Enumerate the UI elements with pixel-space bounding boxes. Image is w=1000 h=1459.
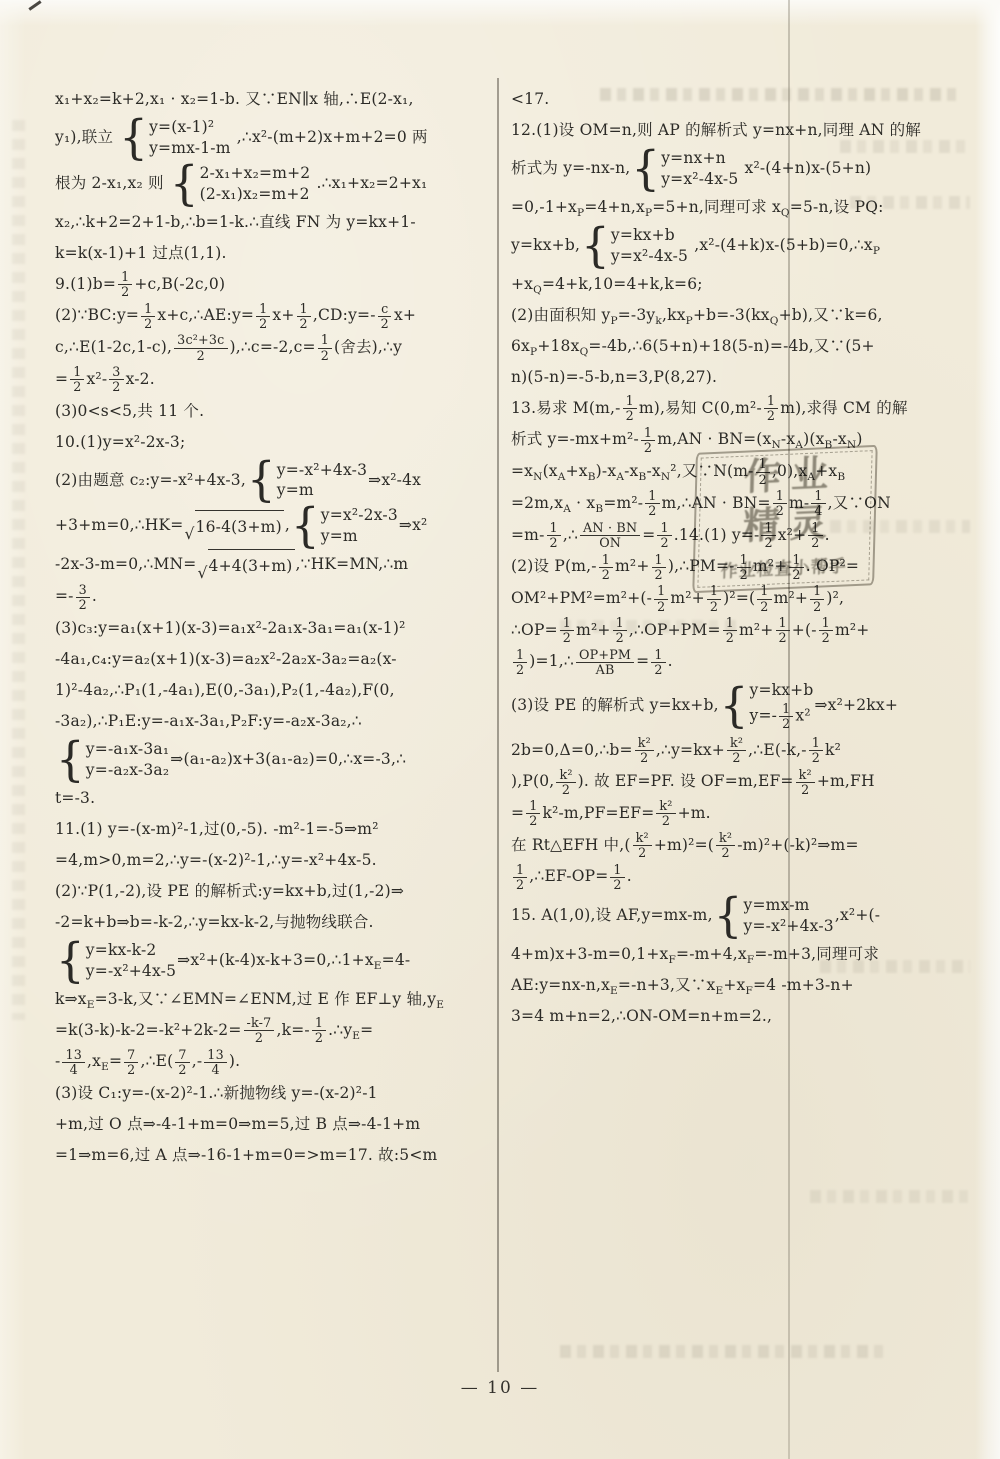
subscript: E (87, 999, 95, 1011)
subscript: N (661, 471, 670, 483)
cases-brace: { (119, 118, 148, 158)
fraction: 12 (547, 521, 561, 550)
equation-system: {y=kx+by=x²-4x-5 (581, 225, 688, 267)
fraction: 12 (789, 553, 803, 582)
subscript: A (795, 440, 803, 452)
subscript: P (530, 346, 537, 358)
subscript: B (595, 503, 603, 515)
math-line: 11.(1) y=-(x-m)²-1,过(0,-5). -m²-1=-5⇒m² (55, 814, 495, 845)
fraction: c2 (378, 302, 392, 331)
equation-system: {y=x²-2x-3y=m (291, 505, 398, 547)
math-line: 4+m)x+3-m=0,1+xF=-m+4,xF=-m+3,同理可求 (511, 939, 963, 970)
fraction: 12 (651, 648, 665, 677)
math-line: (2)∵BC:y=12x+c,∴AE:y=12x+12,CD:y=-c2x+ (55, 300, 495, 332)
fraction: k²2 (656, 799, 675, 828)
subscript: P (873, 245, 880, 257)
math-line: =-32. (55, 581, 495, 613)
math-line: (3)c₃:y=a₁(x+1)(x-3)=a₁x²-2a₁x-3a₁=a₁(x-… (55, 613, 495, 644)
math-line: =1⇒m=6,过 A 点⇒-16-1+m=0=>m=17. 故:5<m (55, 1140, 495, 1171)
fraction: 12 (297, 302, 311, 331)
cases-brace: { (170, 164, 199, 204)
fraction: -k-72 (244, 1016, 275, 1045)
subscript: F (669, 954, 677, 966)
fraction: AN · BNON (580, 521, 640, 550)
subscript: E (101, 1061, 109, 1073)
math-line: =0,-1+xP=4+n,xP=5+n,同理可求 xQ=5-n,设 PQ: (511, 192, 963, 223)
math-line: 3=4 m+n=2,∴ON-OM=n+m=2., (511, 1001, 963, 1032)
math-line: 12)=1,∴OP+PMAB=12. (511, 646, 963, 678)
equation-system: {2-x₁+x₂=m+2(2-x₁)x₂=m+2 (170, 163, 311, 205)
math-line: k⇒xE=3-k,又∵∠EMN=∠ENM,过 E 作 EF⊥y 轴,yE (55, 984, 495, 1015)
fraction: 12 (776, 616, 790, 645)
math-line: 9.(1)b=12+c,B(-2c,0) (55, 269, 495, 301)
math-line: +xQ=4+k,10=4+k,k=6; (511, 269, 963, 300)
cases-brace: { (291, 506, 320, 546)
subscript: P (686, 315, 693, 327)
cases-brace: { (720, 686, 749, 726)
math-line: +m,过 O 点⇒-4-1+m=0⇒m=5,过 B 点⇒-4-1+m (55, 1109, 495, 1140)
column-divider (497, 78, 499, 1372)
math-line: (2)由题意 c₂:y=-x²+4x-3,{y=-x²+4x-3y=m⇒x²-4… (55, 458, 495, 504)
equation-system: {y=kx+by=-12x² (720, 680, 814, 732)
fraction: k²2 (727, 736, 746, 765)
subscript: A (616, 471, 624, 483)
fraction: 12 (613, 616, 627, 645)
math-line: (3)0<s<5,共 11 个. (55, 396, 495, 427)
subscript: B (825, 440, 833, 452)
subscript: E (610, 985, 618, 997)
subscript: E (436, 999, 444, 1011)
math-line: 2b=0,Δ=0,∴b=k²2,∴y=kx+k²2,∴E(-k,-12k² (511, 735, 963, 767)
subscript: Q (781, 207, 790, 219)
subscript: N (771, 440, 780, 452)
fraction: 12 (312, 1016, 326, 1045)
subscript: P (610, 315, 617, 327)
fraction: 12 (773, 489, 787, 518)
subscript: A (558, 471, 566, 483)
fraction: 12 (513, 863, 527, 892)
page-number: — 10 — (0, 1378, 1000, 1398)
fraction: 32 (76, 583, 90, 612)
math-line: 析式 y=-mx+m²-12m,AN · BN=(xN-xA)(xB-xN) (511, 424, 963, 456)
equation-system: {y=kx-k-2y=-x²+4x-5 (56, 940, 176, 982)
math-line: =m-12,∴AN · BNON=12.14.(1) y=-12x²+12. (511, 520, 963, 552)
bleed-through (560, 1345, 890, 1358)
math-line: 根为 2-x₁,x₂ 则 {2-x₁+x₂=m+2(2-x₁)x₂=m+2 .∴… (55, 161, 495, 207)
fraction: 12 (70, 365, 84, 394)
fraction: 12 (808, 521, 822, 550)
math-line: -134,xE=72,∴E(72,-134). (55, 1046, 495, 1078)
math-line: =k(3-k)-k-2=-k²+2k-2=-k-72,k=-12.∴yE= (55, 1015, 495, 1047)
subscript: Q (580, 346, 589, 358)
math-line: (2)由面积知 yP=-3yk,kxP+b=-3(kxQ+b),又∵k=6, (511, 300, 963, 331)
fraction: 12 (657, 521, 671, 550)
math-line: 析式为 y=-nx-n,{y=nx+ny=x²-4x-5 x²-(4+n)x-(… (511, 146, 963, 192)
math-line: ∴OP=12m²+12,∴OP+PM=12m²+12+(-12m²+ (511, 615, 963, 647)
fraction: 12 (757, 584, 771, 613)
fraction: 12 (645, 489, 659, 518)
equation-system: {y=nx+ny=x²-4x-5 (631, 148, 738, 190)
fraction: 12 (641, 426, 655, 455)
fraction: k²2 (716, 831, 735, 860)
math-line: -2x-3-m=0,∴MN=√4+4(3+m),∵HK=MN,∴m (55, 549, 495, 581)
fraction: 12 (723, 616, 737, 645)
math-line: AE:y=nx-n,xE=-n+3,又∵xE+xF=4 -m+3-n+ (511, 970, 963, 1001)
fraction: 12 (761, 521, 775, 550)
math-line: (2)∵P(1,-2),设 PE 的解析式:y=kx+b,过(1,-2)⇒ (55, 876, 495, 907)
fraction: OP+PMAB (576, 648, 634, 677)
subscript: N (847, 440, 856, 452)
math-line: =4,m>0,m=2,∴y=-(x-2)²-1,∴y=-x²+4x-5. (55, 845, 495, 876)
fraction: 12 (764, 394, 778, 423)
cases-brace: { (247, 460, 276, 500)
subscript: N (533, 471, 542, 483)
radical: √4+4(3+m) (197, 549, 294, 581)
math-line: c,∴E(1-2c,1-c),3c²+3c2),∴c=-2,c=12(舍去),∴… (55, 332, 495, 364)
math-line: (2)设 P(m,-12m²+12),∴PM=-12m²+12. OP²= (511, 551, 963, 583)
math-line: ),P(0,k²2). 故 EF=PF. 设 OF=m,EF=k²2+m,FH (511, 766, 963, 798)
subscript: A (807, 471, 815, 483)
fraction: k²2 (796, 768, 815, 797)
math-line: 13.易求 M(m,-12m),易知 C(0,m²-12m),求得 CM 的解 (511, 393, 963, 425)
fraction: 12 (599, 553, 613, 582)
math-line: <17. (511, 84, 963, 115)
cases-brace: { (631, 149, 660, 189)
fraction: k²2 (635, 736, 654, 765)
fraction: 134 (204, 1048, 227, 1077)
scanned-page: x₁+x₂=k+2,x₁ · x₂=1-b. 又∵EN∥x 轴,∴E(2-x₁,… (0, 0, 1000, 1459)
fraction: 12 (513, 648, 527, 677)
subscript: E (715, 985, 723, 997)
subscript: F (747, 954, 755, 966)
fraction: 12 (756, 457, 770, 486)
fraction: 12 (737, 553, 751, 582)
math-line: {y=kx-k-2y=-x²+4x-5⇒x²+(k-4)x-k+3=0,∴1+x… (55, 938, 495, 984)
math-line: =2m,xA · xB=m²-12m,∴AN · BN=12m-14,又∵ON (511, 488, 963, 520)
subscript: E (374, 960, 382, 972)
equation-system: {y=(x-1)²y=mx-1-m (119, 117, 230, 159)
math-line: x₂,∴k+2=2+1-b,∴b=1-k.∴直线 FN 为 y=kx+1- (55, 207, 495, 238)
bleed-through (12, 120, 25, 1020)
subscript: A (563, 503, 571, 515)
solutions-column-right: <17.12.(1)设 OM=n,则 AP 的解析式 y=nx+n,同理 AN … (511, 84, 963, 1032)
fraction: 12 (256, 302, 270, 331)
fraction: 32 (109, 365, 123, 394)
fraction: 12 (318, 333, 332, 362)
subscript: E (352, 1030, 360, 1042)
subscript: Q (533, 284, 542, 296)
fraction: k²2 (633, 831, 652, 860)
fraction: 12 (526, 799, 540, 828)
bleed-through (810, 1190, 970, 1203)
subscript: k (655, 315, 662, 327)
fraction: 12 (652, 553, 666, 582)
math-line: +3+m=0,∴HK=√16-4(3+m),{y=x²-2x-3y=m⇒x² (55, 503, 495, 549)
math-line: 1)²-4a₂,∴P₁(1,-4a₁),E(0,-3a₁),P₂(1,-4a₂)… (55, 675, 495, 706)
fraction: 12 (118, 270, 132, 299)
subscript: B (837, 471, 845, 483)
fraction: 14 (811, 489, 825, 518)
fraction: 12 (610, 863, 624, 892)
fraction: 12 (819, 616, 833, 645)
fraction: 134 (62, 1048, 85, 1077)
subscript: P (645, 207, 652, 219)
math-line: -3a₂),∴P₁E:y=-a₁x-3a₁,P₂F:y=-a₂x-3a₂,∴ (55, 706, 495, 737)
cases-brace: { (581, 226, 610, 266)
math-line: (3)设 C₁:y=-(x-2)²-1.∴新抛物线 y=-(x-2)²-1 (55, 1078, 495, 1109)
radical: √16-4(3+m) (184, 510, 283, 542)
math-line: 12.(1)设 OM=n,则 AP 的解析式 y=nx+n,同理 AN 的解 (511, 115, 963, 146)
fraction: 3c²+3c2 (174, 333, 227, 362)
math-line: 在 Rt△EFH 中,(k²2+m)²=(k²2-m)²+(-k)²⇒m= (511, 830, 963, 862)
fraction: 12 (141, 302, 155, 331)
math-line: 15. A(1,0),设 AF,y=mx-m,{y=mx-my=-x²+4x-3… (511, 893, 963, 939)
fraction: 12 (560, 616, 574, 645)
math-line: n)(5-n)=-5-b,n=3,P(8,27). (511, 362, 963, 393)
fraction: 12 (810, 584, 824, 613)
math-line: t=-3. (55, 783, 495, 814)
fraction: 12 (779, 702, 793, 731)
equation-system: {y=-a₁x-3a₁y=-a₂x-3a₂ (56, 739, 169, 781)
equation-system: {y=mx-my=-x²+4x-3 (714, 895, 834, 937)
fraction: 72 (124, 1048, 138, 1077)
fraction: k²2 (556, 768, 575, 797)
cases-brace: { (56, 941, 85, 981)
fraction: 12 (809, 736, 823, 765)
math-line: k=k(x-1)+1 过点(1,1). (55, 238, 495, 269)
subscript: Q (770, 315, 779, 327)
scan-artifact-mark (28, 0, 41, 10)
math-line: {y=-a₁x-3a₁y=-a₂x-3a₂⇒(a₁-a₂)x+3(a₁-a₂)=… (55, 737, 495, 783)
math-line: =xN(xA+xB)-xA-xB-xN²,又∵N(m-12,0),xA+xB (511, 456, 963, 488)
math-line: y=kx+b,{y=kx+by=x²-4x-5 ,x²-(4+k)x-(5+b)… (511, 223, 963, 269)
fraction: 12 (623, 394, 637, 423)
equation-system: {y=-x²+4x-3y=m (247, 460, 367, 502)
math-line: (3)设 PE 的解析式 y=kx+b,{y=kx+by=-12x²⇒x²+2k… (511, 678, 963, 734)
fraction: 12 (654, 584, 668, 613)
subscript: B (639, 471, 647, 483)
math-line: 6xP+18xQ=-4b,∴6(5+n)+18(5-n)=-4b,又∵(5+ (511, 331, 963, 362)
cases-brace: { (714, 896, 743, 936)
fraction: 72 (175, 1048, 189, 1077)
math-line: OM²+PM²=m²+(-12m²+12)²=(12m²+12)², (511, 583, 963, 615)
subscript: F (745, 985, 753, 997)
math-line: =12x²-32x-2. (55, 364, 495, 396)
subscript: B (588, 471, 596, 483)
math-line: -4a₁,c₄:y=a₂(x+1)(x-3)=a₂x²-2a₂x-3a₂=a₂(… (55, 644, 495, 675)
math-line: -2=k+b⇒b=-k-2,∴y=kx-k-2,与抛物线联合. (55, 907, 495, 938)
math-line: =12k²-m,PF=EF=k²2+m. (511, 798, 963, 830)
cases-brace: { (56, 740, 85, 780)
math-line: y₁),联立 {y=(x-1)²y=mx-1-m ,∴x²-(m+2)x+m+2… (55, 115, 495, 161)
solutions-column-left: x₁+x₂=k+2,x₁ · x₂=1-b. 又∵EN∥x 轴,∴E(2-x₁,… (55, 84, 495, 1171)
fraction: 12 (707, 584, 721, 613)
